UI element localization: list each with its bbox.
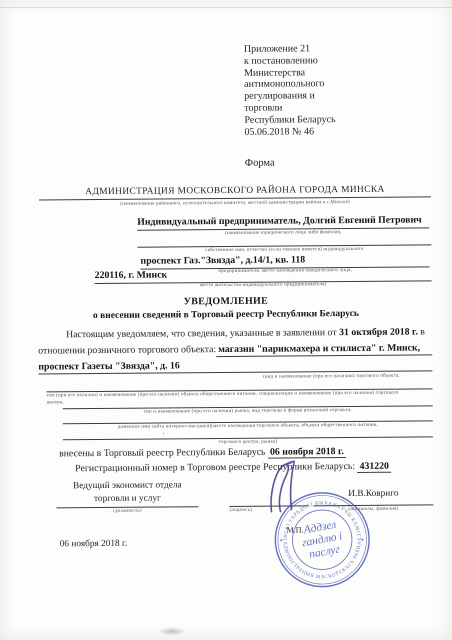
- authority-name: АДМИНИСТРАЦИЯ МОСКОВСКОГО РАЙОНА ГОРОДА …: [39, 184, 431, 200]
- stamp-star-right-icon: ✶: [360, 538, 364, 544]
- entered-prefix: внесены в Торговый реестр Республики Бел…: [59, 447, 268, 460]
- registration-number: 431220: [358, 461, 391, 473]
- scanned-document-page: Приложение 21 к постановлению Министерст…: [0, 0, 452, 640]
- body-line1-tail: в: [418, 326, 425, 337]
- handwritten-signature: [263, 459, 321, 517]
- body-line2-prefix: отношении розничного торгового объекта:: [38, 344, 216, 357]
- entered-line: внесены в Торговый реестр Республики Бел…: [59, 445, 433, 460]
- signing-date: 06 ноября 2018 г.: [60, 539, 127, 550]
- signer-position: Ведущий экономист отдела торговли и услу…: [56, 479, 198, 506]
- address2-caption: место жительства индивидуального предпри…: [95, 281, 432, 290]
- object-caption: (вид и наименование (при его наличии) то…: [230, 373, 432, 381]
- entry-date: 06 ноября 2018 г.: [268, 446, 346, 459]
- body-line1: Настоящим уведомляем, что сведения, указ…: [38, 326, 432, 341]
- appendix-reference: Приложение 21 к постановлению Министерст…: [244, 43, 405, 139]
- body-line1-text: Настоящим уведомляем, что сведения, указ…: [66, 327, 339, 340]
- registration-line: Регистрационный номер в Торговом реестре…: [59, 460, 433, 475]
- document-subtitle: о внесении сведений в Торговый реестр Ре…: [0, 308, 452, 322]
- form-label: Форма: [245, 158, 275, 169]
- stamp-star-left-icon: ✶: [279, 538, 283, 544]
- authority-caption: (наименование районного, исполнительного…: [39, 199, 431, 209]
- body-line2: отношении розничного торгового объекта: …: [38, 342, 432, 358]
- catering-caption: тип (при его наличии) и наименование (пр…: [47, 390, 433, 406]
- position-caption: (должность): [56, 508, 198, 516]
- applicant-name-caption: (наименование юридического лица либо фам…: [137, 229, 429, 238]
- applicant-name: Индивидуальный предприниматель, Долгий Е…: [137, 214, 429, 230]
- body-line3: проспект Газеты "Звязда", д. 16: [38, 358, 432, 374]
- trade-object-name: магазин "парикмахера и стилиста" г. Минс…: [216, 342, 432, 357]
- scan-smudge: [158, 627, 186, 636]
- document-title: УВЕДОМЛЕНИЕ: [0, 294, 452, 309]
- stray-comma-mark: ,: [163, 429, 165, 435]
- application-date: 31 октября 2018 г.: [339, 326, 418, 338]
- trade-object-address: проспект Газеты "Звязда", д. 16: [38, 358, 432, 374]
- document-content: Приложение 21 к постановлению Министерст…: [0, 0, 452, 640]
